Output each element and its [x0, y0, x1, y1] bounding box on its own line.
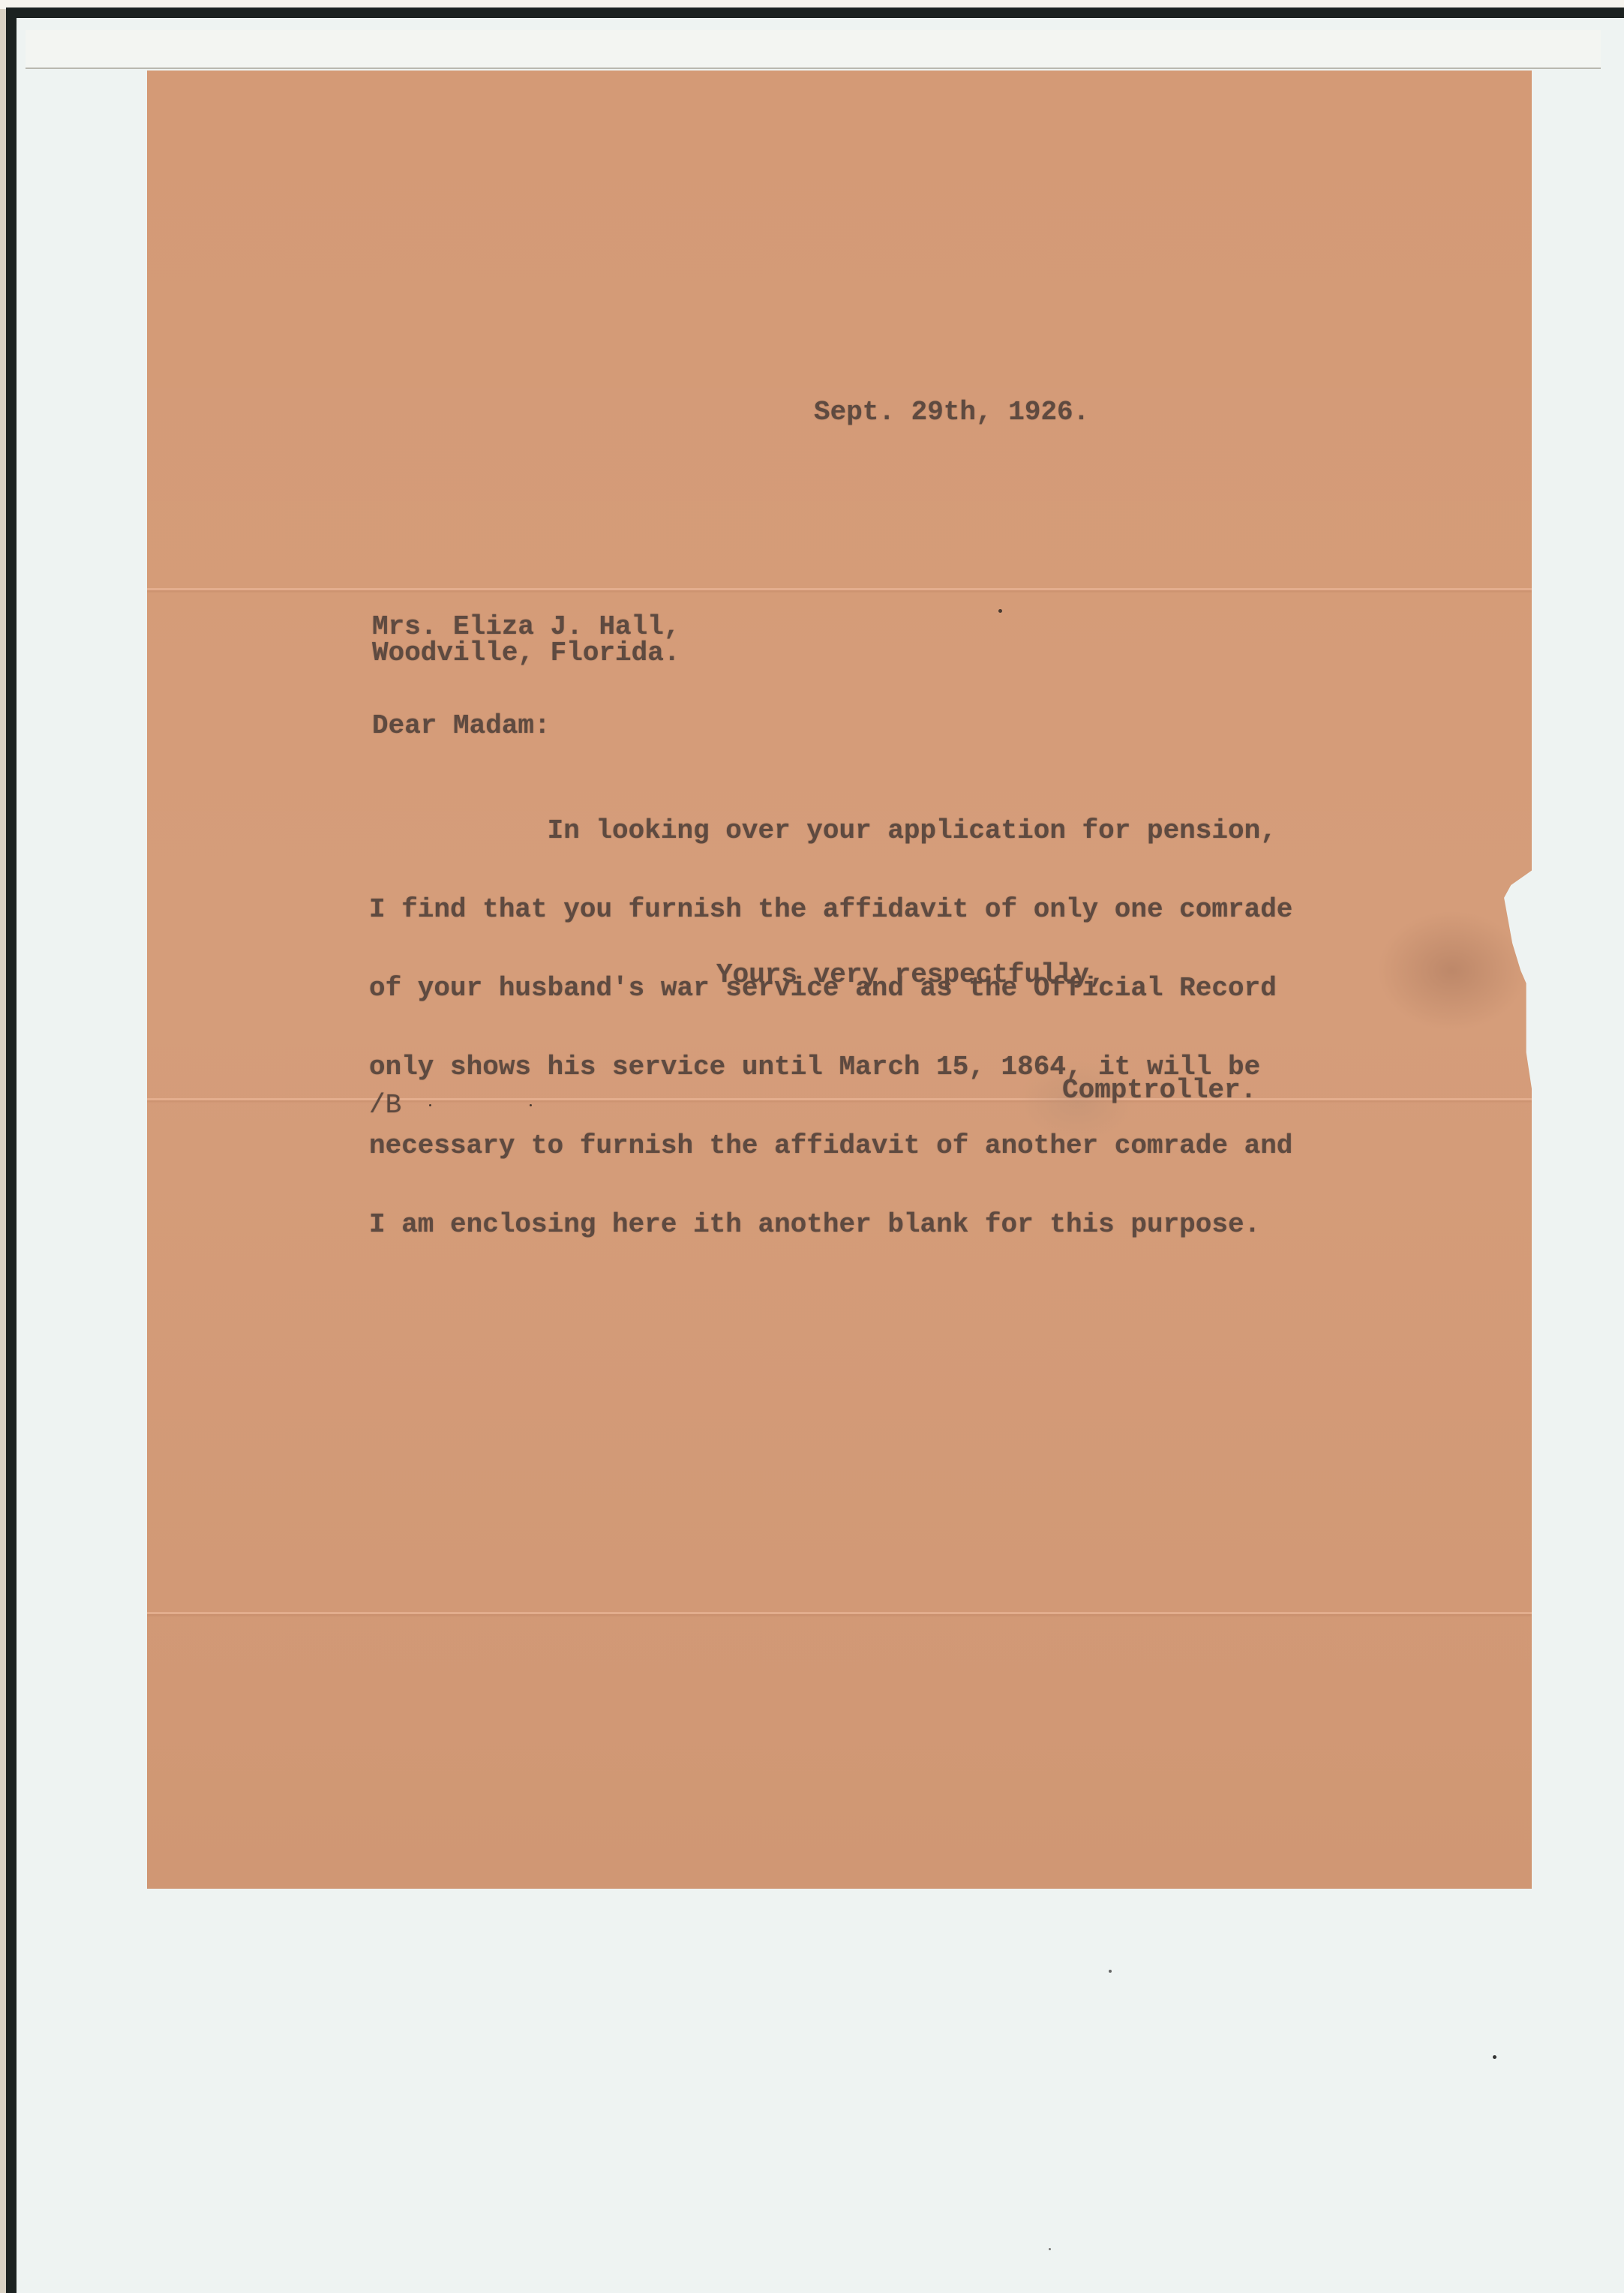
paper-strip	[26, 30, 1601, 69]
recipient-location: Woodville, Florida.	[372, 640, 680, 666]
body-line: I find that you furnish the affidavit of…	[369, 896, 1292, 923]
dust-speck	[1049, 2248, 1051, 2250]
salutation: Dear Madam:	[372, 713, 551, 739]
ink-speck	[998, 609, 1002, 613]
typist-initials: /B	[369, 1092, 401, 1118]
letter-date: Sept. 29th, 1926.	[814, 399, 1089, 425]
recipient-name: Mrs. Eliza J. Hall,	[372, 614, 680, 640]
dust-speck	[1493, 2055, 1496, 2059]
scanner-frame-top	[6, 8, 1624, 18]
fold-line	[147, 1612, 1532, 1614]
body-line: In looking over your application for pen…	[369, 818, 1292, 844]
letter-page: Sept. 29th, 1926. Mrs. Eliza J. Hall, Wo…	[147, 71, 1532, 1889]
ink-speck	[429, 1104, 431, 1106]
scanner-frame-left	[6, 8, 17, 2293]
ink-speck	[530, 1104, 532, 1106]
body-line: I am enclosing here ith another blank fo…	[369, 1211, 1292, 1238]
body-line: necessary to furnish the affidavit of an…	[369, 1133, 1292, 1159]
closing: Yours very respectfully,	[716, 962, 1105, 988]
stain	[1377, 911, 1527, 1031]
signature-title: Comptroller.	[1062, 1077, 1256, 1103]
scan-left-edge	[0, 9, 6, 2293]
fold-line	[147, 588, 1532, 590]
dust-speck	[1109, 1970, 1112, 1973]
letter-body: In looking over your application for pen…	[369, 765, 1292, 1290]
